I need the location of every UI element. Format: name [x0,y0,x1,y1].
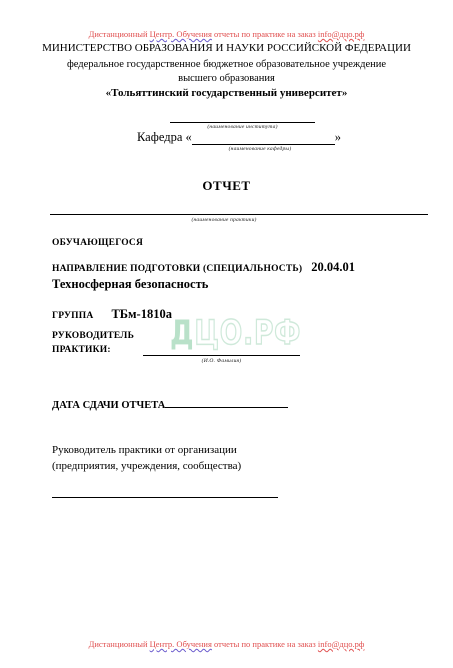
specialty-name: Техносферная безопасность [52,277,355,292]
submission-date-label: ДАТА СДАЧИ ОТЧЕТА [52,400,165,411]
institution-line-2: высшего образования [0,72,453,86]
banner-text-middle: отчеты по практике на заказ [212,29,318,39]
institution-line-1: федеральное государственное бюджетное об… [0,58,453,72]
practice-caption: (наименование практики) [35,217,413,223]
document-header: МИНИСТЕРСТВО ОБРАЗОВАНИЯ И НАУКИ РОССИЙС… [0,41,453,100]
ministry-line: МИНИСТЕРСТВО ОБРАЗОВАНИЯ И НАУКИ РОССИЙС… [0,41,453,56]
institute-blank-line [170,122,315,123]
org-supervisor-block: Руководитель практики от организации (пр… [52,443,241,474]
watermark-solid-letter: Д [170,313,194,353]
supervisor-blank-line [143,355,300,356]
org-signature-line [52,497,278,498]
banner-text-start: Дистанционный [89,29,150,39]
top-promo-banner: Дистанционный Центр. Обучения отчеты по … [0,29,453,39]
watermark-outline-letters: ЦО.РФ [194,313,301,353]
dco-watermark: ДЦО.РФ [170,316,301,350]
banner-text-start: Дистанционный [89,639,150,649]
department-row: Кафедра « » [137,130,341,145]
banner-text-center: Центр. Обучения [150,639,212,649]
banner-email-link[interactable]: info@дцо.рф [318,29,365,39]
department-blank-line [192,131,335,145]
specialty-block: НАПРАВЛЕНИЕ ПОДГОТОВКИ (СПЕЦИАЛЬНОСТЬ) 2… [52,258,355,292]
banner-text-middle: отчеты по практике на заказ [212,639,318,649]
supervisor-label-line1: РУКОВОДИТЕЛЬ [52,330,134,344]
submission-date-blank-line [165,397,288,408]
bottom-promo-banner: Дистанционный Центр. Обучения отчеты по … [0,639,453,649]
department-caption: (наименование кафедры) [185,146,335,152]
supervisor-label: РУКОВОДИТЕЛЬ ПРАКТИКИ: [52,330,134,357]
specialty-code: 20.04.01 [311,260,355,274]
report-cover-page: Дистанционный Центр. Обучения отчеты по … [0,0,453,668]
group-label: ГРУППА [52,311,93,321]
group-value: ТБм-1810а [111,307,172,321]
submission-date-row: ДАТА СДАЧИ ОТЧЕТА [52,397,288,411]
specialty-label: НАПРАВЛЕНИЕ ПОДГОТОВКИ (СПЕЦИАЛЬНОСТЬ) [52,264,302,274]
student-label: ОБУЧАЮЩЕГОСЯ [52,238,143,248]
supervisor-label-line2: ПРАКТИКИ: [52,344,134,358]
practice-name-line [50,214,428,215]
department-close-quote: » [335,130,341,145]
report-title: ОТЧЕТ [0,178,453,194]
supervisor-caption: (И.О. Фамилия) [143,358,300,364]
department-label: Кафедра « [137,130,192,145]
banner-text-center: Центр. Обучения [150,29,212,39]
university-name: «Тольяттинский государственный университ… [0,86,453,100]
banner-email-link[interactable]: info@дцо.рф [318,639,365,649]
group-block: ГРУППА ТБм-1810а [52,305,172,323]
org-supervisor-line1: Руководитель практики от организации [52,443,241,459]
org-supervisor-line2: (предприятия, учреждения, сообщества) [52,459,241,475]
